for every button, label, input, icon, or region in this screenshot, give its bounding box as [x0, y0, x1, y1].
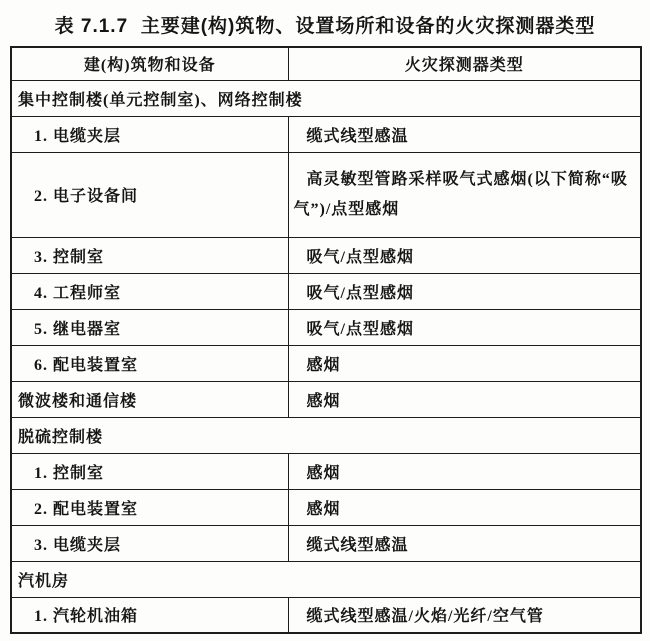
document-page: 表 7.1.7 主要建(构)筑物、设置场所和设备的火灾探测器类型 建(构)筑物和…	[0, 0, 650, 641]
section-row: 汽机房	[11, 561, 641, 597]
detector-cell: 感烟	[288, 345, 641, 381]
table-row: 微波楼和通信楼 感烟	[11, 381, 641, 417]
table-row: 3. 控制室 吸气/点型感烟	[11, 237, 641, 273]
detector-cell: 感烟	[288, 489, 641, 525]
detector-cell: 吸气/点型感烟	[288, 273, 641, 309]
section-cell: 汽机房	[11, 561, 641, 597]
section-row: 集中控制楼(单元控制室)、网络控制楼	[11, 80, 641, 116]
table-row: 1. 控制室 感烟	[11, 453, 641, 489]
table-row: 2. 电子设备间 高灵敏型管路采样吸气式感烟(以下简称“吸气”)/点型感烟	[11, 152, 641, 237]
table-row: 4. 工程师室 吸气/点型感烟	[11, 273, 641, 309]
table-row: 1. 汽轮机油箱 缆式线型感温/火焰/光纤/空气管	[11, 597, 641, 633]
table-title: 表 7.1.7 主要建(构)筑物、设置场所和设备的火灾探测器类型	[0, 0, 650, 38]
detector-cell: 高灵敏型管路采样吸气式感烟(以下简称“吸气”)/点型感烟	[288, 152, 641, 237]
detector-cell: 感烟	[288, 381, 641, 417]
table-row: 2. 配电装置室 感烟	[11, 489, 641, 525]
table-row: 3. 电缆夹层 缆式线型感温	[11, 525, 641, 561]
location-cell: 1. 汽轮机油箱	[11, 597, 288, 633]
detector-cell: 缆式线型感温	[288, 116, 641, 152]
column-header-detector-type: 火灾探测器类型	[288, 47, 641, 80]
location-cell: 6. 配电装置室	[11, 345, 288, 381]
detector-cell: 吸气/点型感烟	[288, 237, 641, 273]
location-cell: 5. 继电器室	[11, 309, 288, 345]
fire-detector-table: 建(构)筑物和设备 火灾探测器类型 集中控制楼(单元控制室)、网络控制楼 1. …	[10, 46, 642, 634]
detector-cell: 缆式线型感温	[288, 525, 641, 561]
location-cell: 微波楼和通信楼	[11, 381, 288, 417]
detector-cell: 感烟	[288, 453, 641, 489]
table-header-row: 建(构)筑物和设备 火灾探测器类型	[11, 47, 641, 80]
location-cell: 4. 工程师室	[11, 273, 288, 309]
location-cell: 2. 配电装置室	[11, 489, 288, 525]
column-header-buildings: 建(构)筑物和设备	[11, 47, 288, 80]
table-row: 6. 配电装置室 感烟	[11, 345, 641, 381]
location-cell: 1. 控制室	[11, 453, 288, 489]
section-cell: 脱硫控制楼	[11, 417, 641, 453]
table-row: 1. 电缆夹层 缆式线型感温	[11, 116, 641, 152]
section-row: 脱硫控制楼	[11, 417, 641, 453]
detector-cell: 缆式线型感温/火焰/光纤/空气管	[288, 597, 641, 633]
location-cell: 3. 电缆夹层	[11, 525, 288, 561]
location-cell: 1. 电缆夹层	[11, 116, 288, 152]
location-cell: 2. 电子设备间	[11, 152, 288, 237]
table-row: 5. 继电器室 吸气/点型感烟	[11, 309, 641, 345]
section-cell: 集中控制楼(单元控制室)、网络控制楼	[11, 80, 641, 116]
detector-cell: 吸气/点型感烟	[288, 309, 641, 345]
location-cell: 3. 控制室	[11, 237, 288, 273]
